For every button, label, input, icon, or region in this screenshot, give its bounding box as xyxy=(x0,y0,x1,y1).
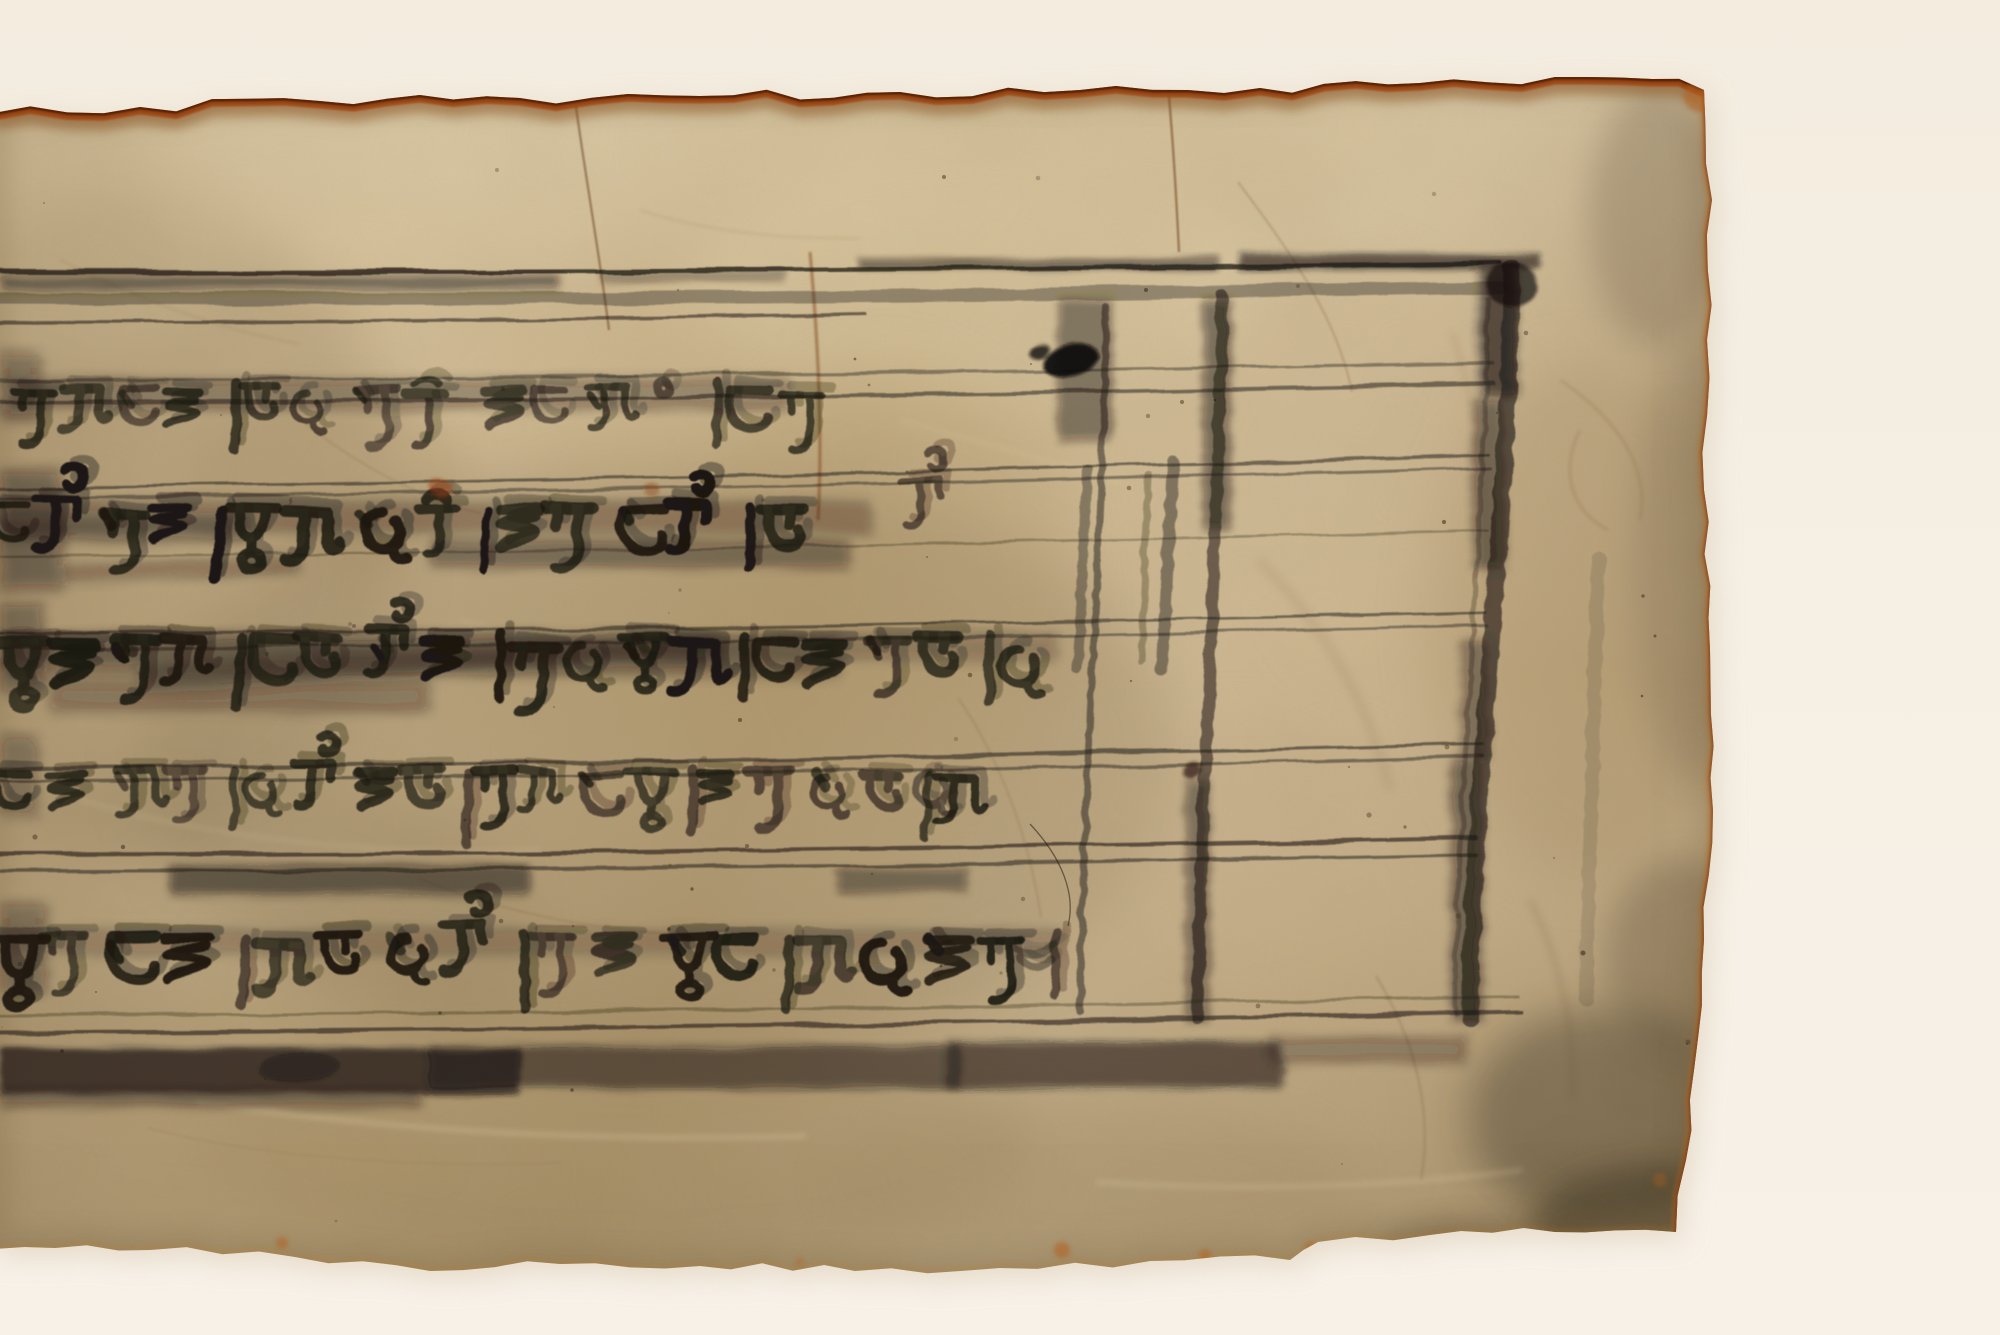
manuscript-photo xyxy=(0,0,2000,1335)
manuscript-scene xyxy=(0,0,2000,1335)
